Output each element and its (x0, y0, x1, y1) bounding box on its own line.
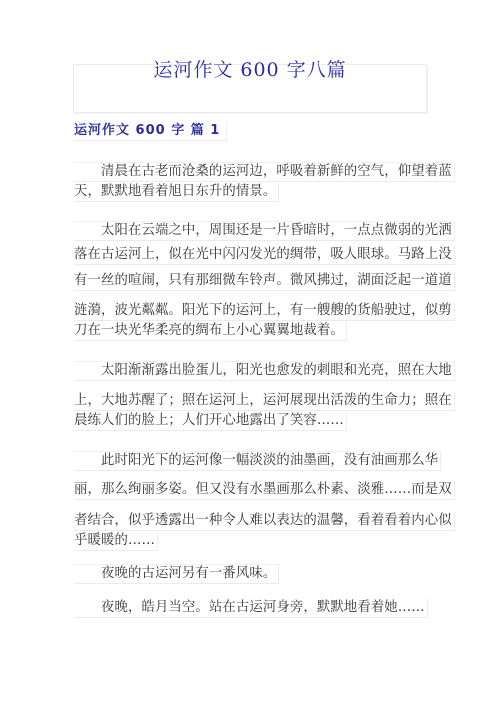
paragraph-line: 者结合，似乎透露出一种令人难以表达的温馨，看着看着内心似 (74, 512, 455, 531)
paragraph-line: 夜晚，皓月当空。站在古运河身旁，默默地看着她…… (74, 599, 428, 618)
paragraph-line: 上，大地苏醒了；照在运河上，运河展现出活泼的生命力；照在 (74, 392, 455, 411)
paragraph-line: 夜晚的古运河另有一番风味。 (74, 564, 279, 584)
paragraph-line: 有一丝的喧闹，只有那细微车铃声。微风拂过，湖面泛起一道道 (74, 272, 455, 291)
paragraph-line: 刀在一块光华柔亮的绸布上小心翼翼地裁着。 (74, 322, 347, 341)
document-title: 运河作文 600 字八篇 (73, 58, 427, 82)
section-heading: 运河作文 600 字 篇 1 (74, 122, 227, 141)
paragraph-line: 落在古运河上，似在光中闪闪发光的绸带，吸人眼球。马路上没 (74, 246, 455, 265)
paragraph-line: 丽，那么绚丽多姿。但又没有水墨画那么朴素、淡雅……而是双 (74, 481, 455, 500)
paragraph-line: 涟漪，波光粼粼。阳光下的运河上，有一艘艘的货船驶过，似剪 (74, 302, 455, 321)
paragraph-line: 太阳在云端之中，周围还是一片昏暗时，一点点微弱的光洒 (74, 221, 455, 241)
paragraph-line: 晨练人们的脸上；人们开心地露出了笑容…… (74, 412, 347, 431)
paragraph-line: 此时阳光下的运河像一幅淡淡的油墨画，没有油画那么华 (74, 451, 441, 471)
paragraph-line: 乎暖暖的…… (74, 532, 158, 551)
paragraph-line: 天，默默地看着旭日东升的情景。 (74, 183, 279, 202)
paragraph-line: 太阳渐渐露出脸蛋儿，阳光也愈发的刺眼和光亮，照在大地 (74, 361, 455, 381)
paragraph-line: 清晨在古老而沧桑的运河边，呼吸着新鲜的空气，仰望着蓝 (74, 162, 455, 182)
